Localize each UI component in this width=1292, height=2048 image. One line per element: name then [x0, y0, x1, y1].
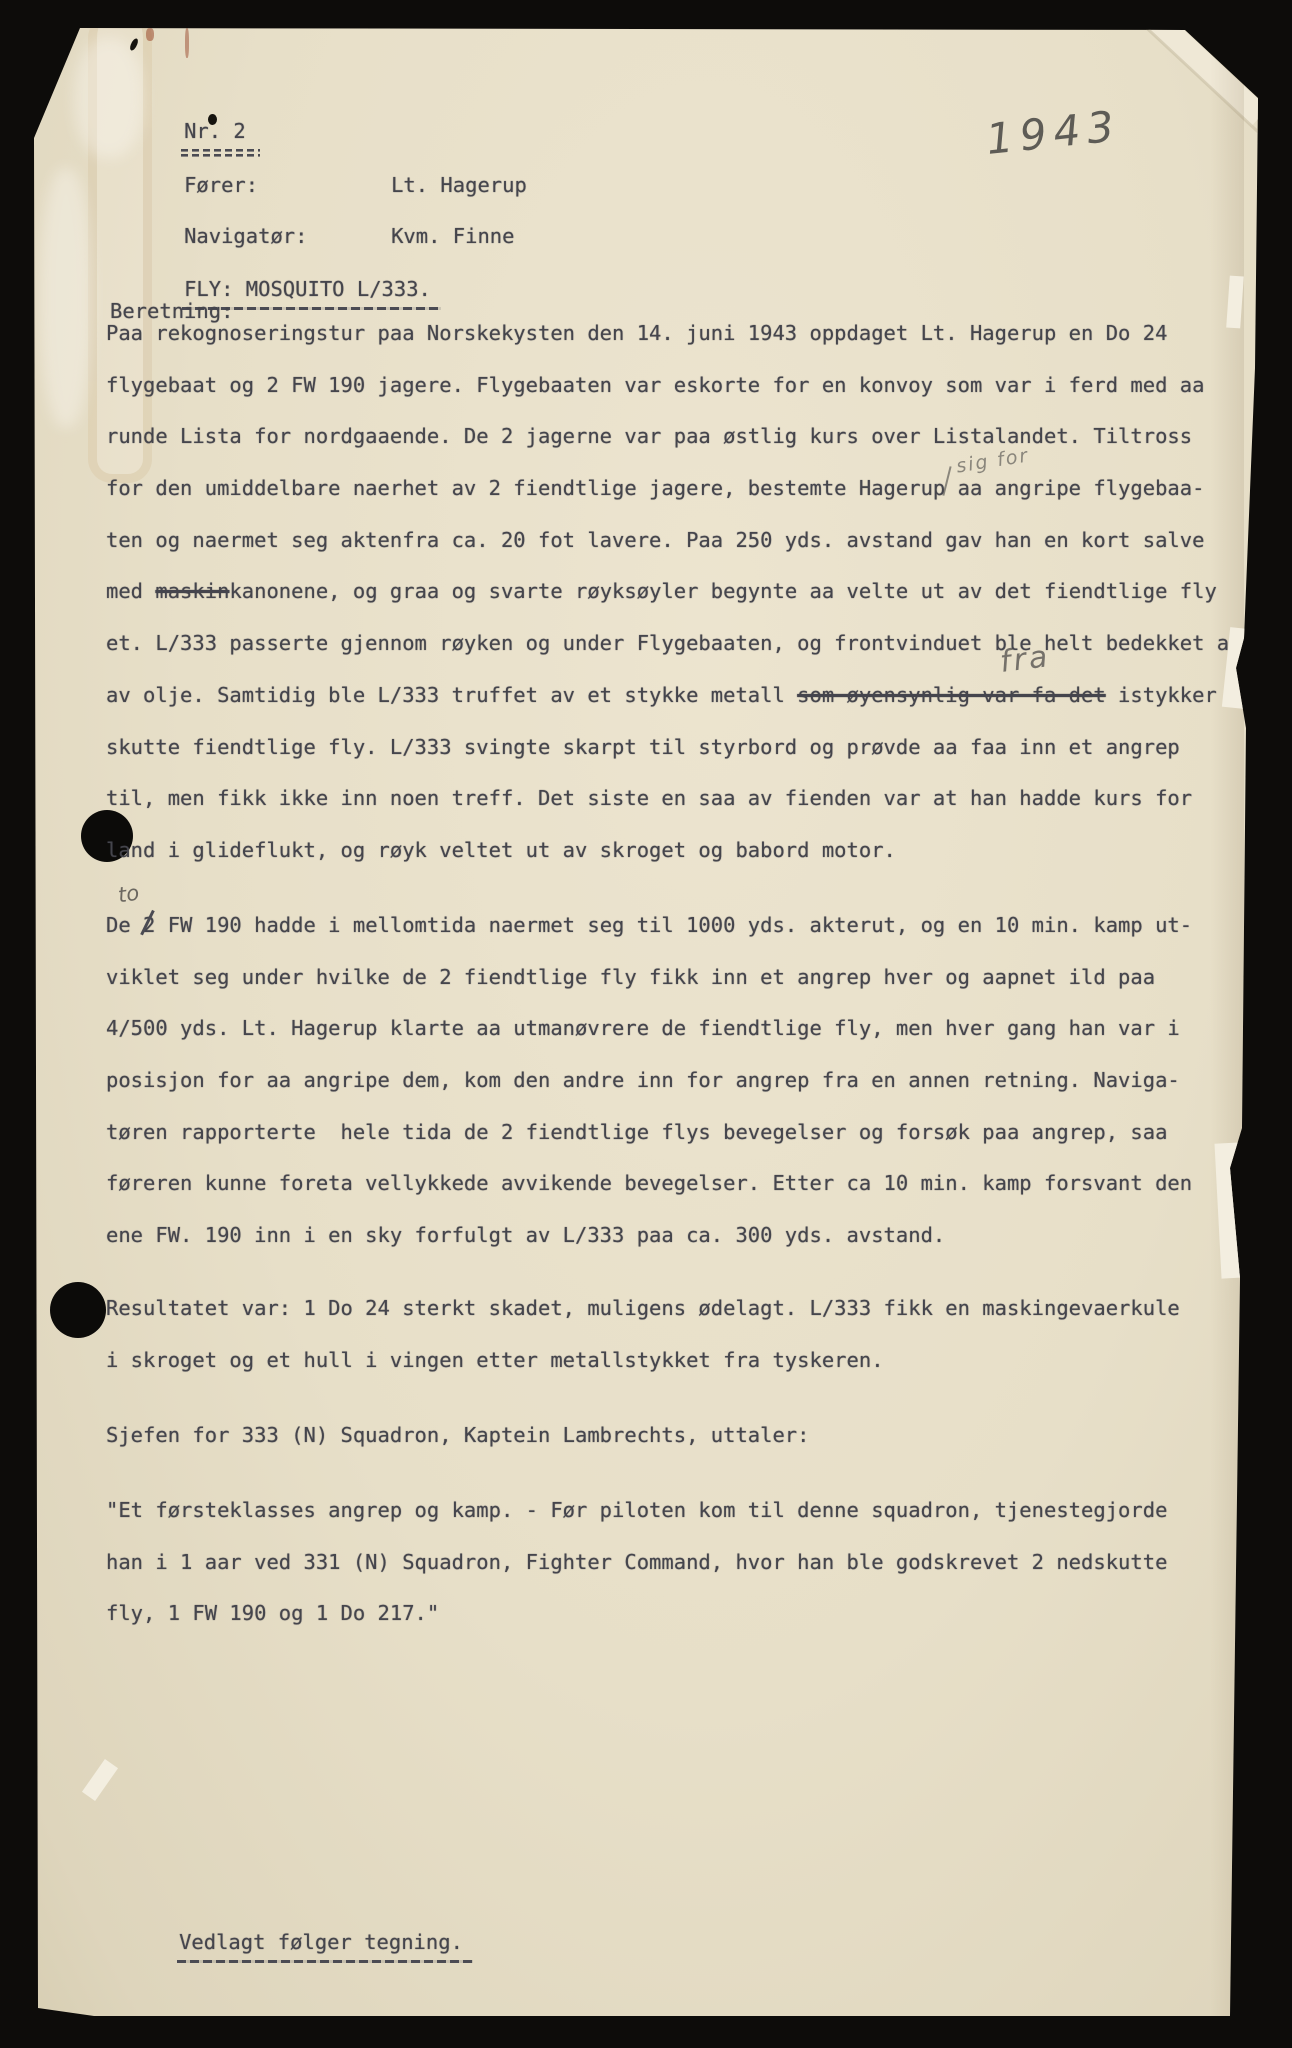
- report-line: Resultatet var: 1 Do 24 sterkt skadet, m…: [106, 1294, 1180, 1346]
- report-line: i skroget og et hull i vingen etter meta…: [106, 1346, 1180, 1398]
- closing-line-text: Vedlagt følger tegning.: [179, 1928, 463, 1956]
- report-line: av olje. Samtidig ble L/333 truffet av e…: [106, 681, 1229, 733]
- closing-line: Vedlagt følger tegning.: [105, 1900, 463, 1984]
- rust-spot: [185, 28, 189, 58]
- paragraph-4: Sjefen for 333 (N) Squadron, Kaptein Lam…: [106, 1421, 810, 1473]
- navigator-label: Navigatør:: [184, 222, 391, 250]
- report-line: 4/500 yds. Lt. Hagerup klarte aa utmanøv…: [106, 1014, 1192, 1066]
- report-line: tøren rapporterte hele tida de 2 fiendtl…: [106, 1118, 1192, 1170]
- torn-edge-fragment: [82, 1759, 118, 1801]
- report-line: Sjefen for 333 (N) Squadron, Kaptein Lam…: [106, 1421, 810, 1473]
- report-line: runde Lista for nordgaaende. De 2 jagern…: [106, 422, 1229, 474]
- report-line: et. L/333 passerte gjennom røyken og und…: [106, 629, 1229, 681]
- paragraph-5: "Et førsteklasses angrep og kamp. - Før …: [106, 1496, 1167, 1651]
- report-line: til, men fikk ikke inn noen treff. Det s…: [106, 784, 1229, 836]
- document-page: Nr. 2 Fører:Lt. Hagerup Navigatør:Kvm. F…: [34, 28, 1258, 2016]
- paragraph-3: Resultatet var: 1 Do 24 sterkt skadet, m…: [106, 1294, 1180, 1397]
- report-line: posisjon for aa angripe dem, kom den and…: [106, 1066, 1192, 1118]
- report-line: for den umiddelbare naerhet av 2 fiendtl…: [106, 474, 1229, 526]
- report-line: flygebaat og 2 FW 190 jagere. Flygebaate…: [106, 371, 1229, 423]
- report-line: land i glideflukt, og røyk veltet ut av …: [106, 836, 1229, 888]
- report-line: fly, 1 FW 190 og 1 Do 217.": [106, 1599, 1167, 1651]
- report-line: han i 1 aar ved 331 (N) Squadron, Fighte…: [106, 1548, 1167, 1600]
- report-line: ten og naermet seg aktenfra ca. 20 fot l…: [106, 526, 1229, 578]
- report-line: med maskinkanonene, og graa og svarte rø…: [106, 577, 1229, 629]
- rust-spot: [146, 28, 154, 41]
- report-line: viklet seg under hvilke de 2 fiendtlige …: [106, 963, 1192, 1015]
- fold-crease: [1144, 26, 1263, 137]
- paper-crease-highlight: [40, 168, 92, 428]
- report-line: Paa rekognoseringstur paa Norskekysten d…: [106, 319, 1229, 371]
- report-number-text: Nr. 2: [184, 117, 246, 145]
- navigator-name: Kvm. Finne: [391, 224, 514, 248]
- report-line: "Et førsteklasses angrep og kamp. - Før …: [106, 1496, 1167, 1548]
- hole-punch: [50, 1282, 106, 1338]
- scan-background: Nr. 2 Fører:Lt. Hagerup Navigatør:Kvm. F…: [0, 0, 1292, 2048]
- paragraph-1: Paa rekognoseringstur paa Norskekysten d…: [106, 319, 1229, 888]
- report-line: De 2 FW 190 hadde i mellomtida naermet s…: [106, 911, 1192, 963]
- report-line: ene FW. 190 inn i en sky forfulgt av L/3…: [106, 1221, 1192, 1273]
- paragraph-2: De 2 FW 190 hadde i mellomtida naermet s…: [106, 911, 1192, 1273]
- folded-corner: [1142, 6, 1268, 126]
- report-line: skutte fiendtlige fly. L/333 svingte ska…: [106, 733, 1229, 785]
- handwritten-year: 1943: [984, 101, 1123, 164]
- report-line: føreren kunne foreta vellykkede avvikend…: [106, 1169, 1192, 1221]
